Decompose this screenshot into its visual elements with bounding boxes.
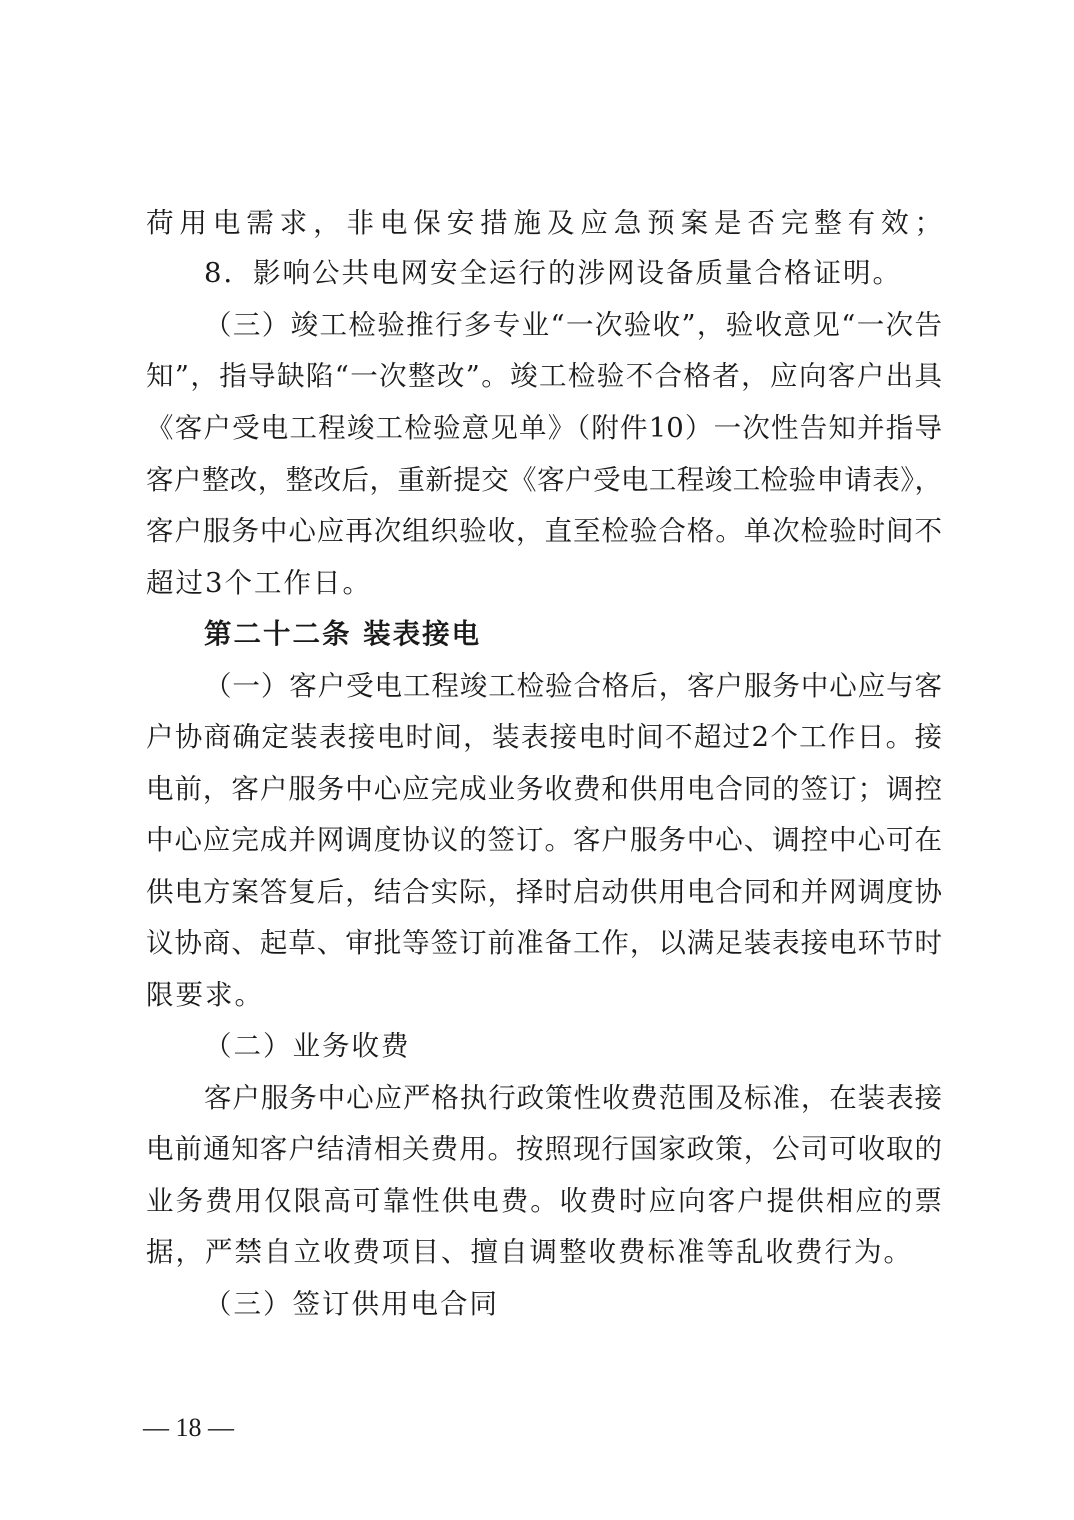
page-number: — 18 — <box>143 1408 234 1448</box>
text-line: 议协商、起草、审批等签订前准备工作，以满足装表接电环节时 <box>146 923 942 963</box>
text-line: 业务费用仅限高可靠性供电费。收费时应向客户提供相应的票 <box>146 1181 942 1221</box>
article-heading: 第二十二条 装表接电 <box>204 614 942 654</box>
text-line: 客户服务中心应再次组织验收，直至检验合格。单次检验时间不 <box>146 511 942 551</box>
text-line: 供电方案答复后，结合实际，择时启动供用电合同和并网调度协 <box>146 872 942 912</box>
text-line: 客户整改，整改后，重新提交《客户受电工程竣工检验申请表》， <box>146 460 942 500</box>
document-page: 荷用电需求，非电保安措施及应急预案是否完整有效； 8．影响公共电网安全运行的涉网… <box>0 0 1074 1520</box>
section-paragraph-2: 客户服务中心应严格执行政策性收费范围及标准，在装表接 <box>204 1078 942 1118</box>
text-line: 电前通知客户结清相关费用。按照现行国家政策，公司可收取的 <box>146 1129 942 1169</box>
section-paragraph-3: （三）竣工检验推行多专业“一次验收”，验收意见“一次告 <box>204 305 942 345</box>
list-item-8: 8．影响公共电网安全运行的涉网设备质量合格证明。 <box>204 253 942 293</box>
text-line: 据，严禁自立收费项目、擅自调整收费标准等乱收费行为。 <box>146 1232 942 1272</box>
text-line: 知”，指导缺陷“一次整改”。竣工检验不合格者，应向客户出具 <box>146 356 942 396</box>
section-paragraph-1: （一）客户受电工程竣工检验合格后，客户服务中心应与客 <box>204 666 942 706</box>
text-line: 超过3个工作日。 <box>146 563 942 603</box>
text-line: 荷用电需求，非电保安措施及应急预案是否完整有效； <box>146 203 942 243</box>
text-line: 限要求。 <box>146 975 942 1015</box>
text-line: 户协商确定装表接电时间，装表接电时间不超过2个工作日。接 <box>146 717 942 757</box>
text-line: 《客户受电工程竣工检验意见单》（附件10）一次性告知并指导 <box>146 408 942 448</box>
text-line: 电前，客户服务中心应完成业务收费和供用电合同的签订；调控 <box>146 769 942 809</box>
text-line: 中心应完成并网调度协议的签订。客户服务中心、调控中心可在 <box>146 820 942 860</box>
subsection-heading-2: （二）业务收费 <box>204 1026 942 1066</box>
subsection-heading-3: （三）签订供用电合同 <box>204 1284 942 1324</box>
